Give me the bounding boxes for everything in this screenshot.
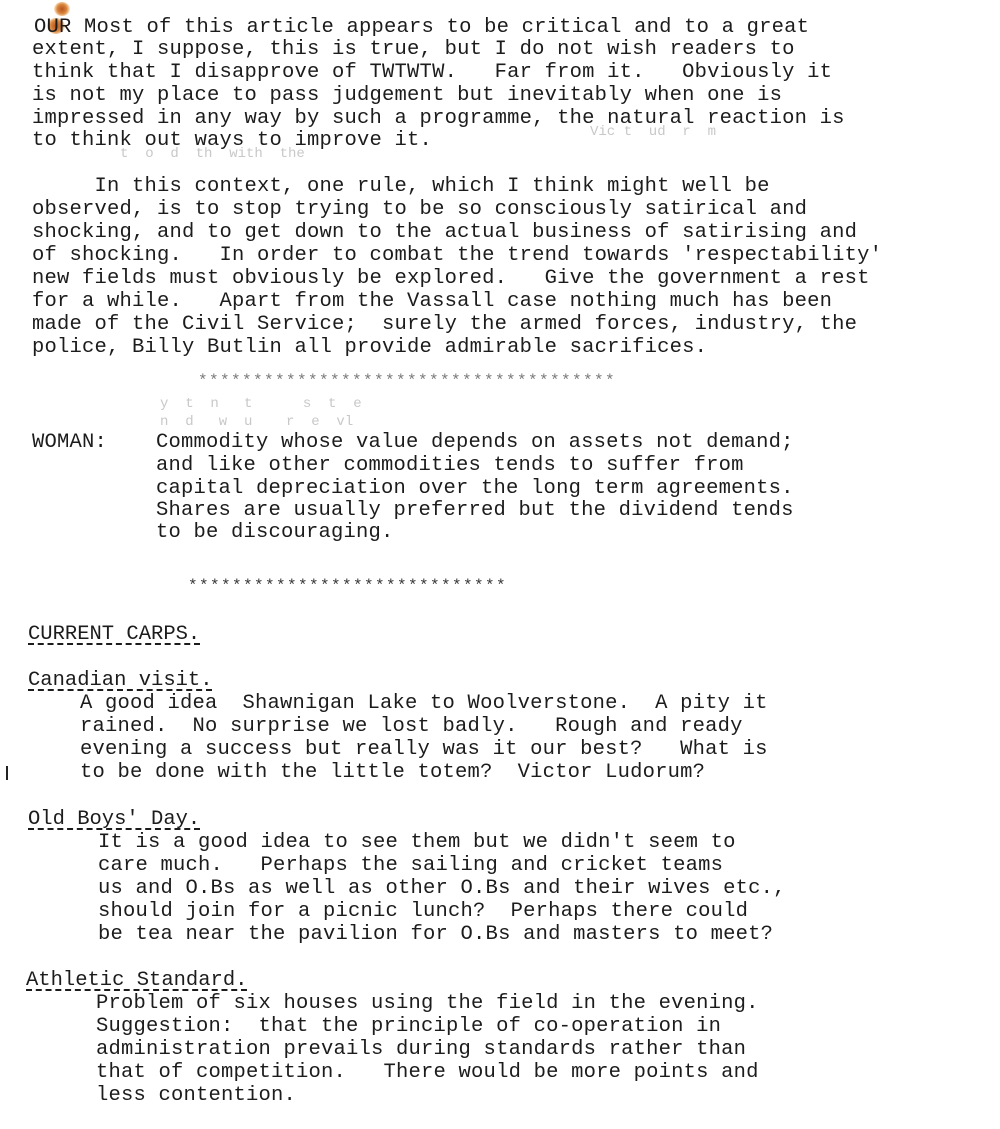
- text-line: rained. No surprise we lost badly. Rough…: [80, 716, 743, 738]
- section-heading: CURRENT CARPS.: [28, 624, 200, 646]
- text-line: observed, is to stop trying to be so con…: [32, 199, 807, 221]
- text-line: to be discouraging.: [156, 522, 394, 544]
- text-line: shocking, and to get down to the actual …: [32, 222, 857, 244]
- text-line: extent, I suppose, this is true, but I d…: [32, 39, 795, 61]
- text-line: capital depreciation over the long term …: [156, 478, 794, 500]
- text-line: administration prevails during standards…: [96, 1039, 746, 1061]
- text-line: It is a good idea to see them but we did…: [98, 832, 736, 854]
- show-through-text: n d w u r e vl: [160, 414, 353, 430]
- text-line: be tea near the pavilion for O.Bs and ma…: [98, 924, 773, 946]
- margin-mark: [6, 766, 8, 780]
- text-line: police, Billy Butlin all provide admirab…: [32, 337, 707, 359]
- text-line: Shares are usually preferred but the div…: [156, 500, 794, 522]
- text-line: Commodity whose value depends on assets …: [156, 432, 794, 454]
- text-line: for a while. Apart from the Vassall case…: [32, 291, 832, 313]
- text-line: that of competition. There would be more…: [96, 1062, 759, 1084]
- text-line: made of the Civil Service; surely the ar…: [32, 314, 857, 336]
- carp-title: Canadian visit.: [28, 670, 213, 692]
- text-line: think that I disapprove of TWTWTW. Far f…: [32, 62, 832, 84]
- text-line: is not my place to pass judgement but in…: [32, 85, 782, 107]
- text-line: of shocking. In order to combat the tren…: [32, 245, 882, 267]
- text-line: and like other commodities tends to suff…: [156, 455, 744, 477]
- asterisk-separator: *****************************: [188, 577, 507, 595]
- text-line: Suggestion: that the principle of co-ope…: [96, 1016, 721, 1038]
- text-line: to think out ways to improve it.: [32, 130, 432, 152]
- text-line: less contention.: [96, 1085, 296, 1107]
- text-line: Problem of six houses using the field in…: [96, 993, 759, 1015]
- asterisk-separator: **************************************: [198, 372, 616, 390]
- show-through-text: y t n t s t e: [160, 396, 362, 412]
- text-line: us and O.Bs as well as other O.Bs and th…: [98, 878, 786, 900]
- typewritten-page: t o d th with the Vic t ud r m y t n t s…: [0, 0, 1000, 1129]
- text-line: should join for a picnic lunch? Perhaps …: [98, 901, 748, 923]
- text-line: evening a success but really was it our …: [80, 739, 768, 761]
- carp-title: Old Boys' Day.: [28, 809, 200, 831]
- text-line: impressed in any way by such a programme…: [32, 108, 845, 130]
- ink-stain: [54, 2, 70, 16]
- text-line: A good idea Shawnigan Lake to Woolversto…: [80, 693, 768, 715]
- text-line: OUR Most of this article appears to be c…: [34, 17, 809, 39]
- text-line: In this context, one rule, which I think…: [32, 176, 770, 198]
- definition-term: WOMAN:: [32, 432, 107, 454]
- carp-title: Athletic Standard.: [26, 970, 247, 992]
- text-line: care much. Perhaps the sailing and crick…: [98, 855, 723, 877]
- text-line: new fields must obviously be explored. G…: [32, 268, 870, 290]
- text-line: to be done with the little totem? Victor…: [80, 762, 705, 784]
